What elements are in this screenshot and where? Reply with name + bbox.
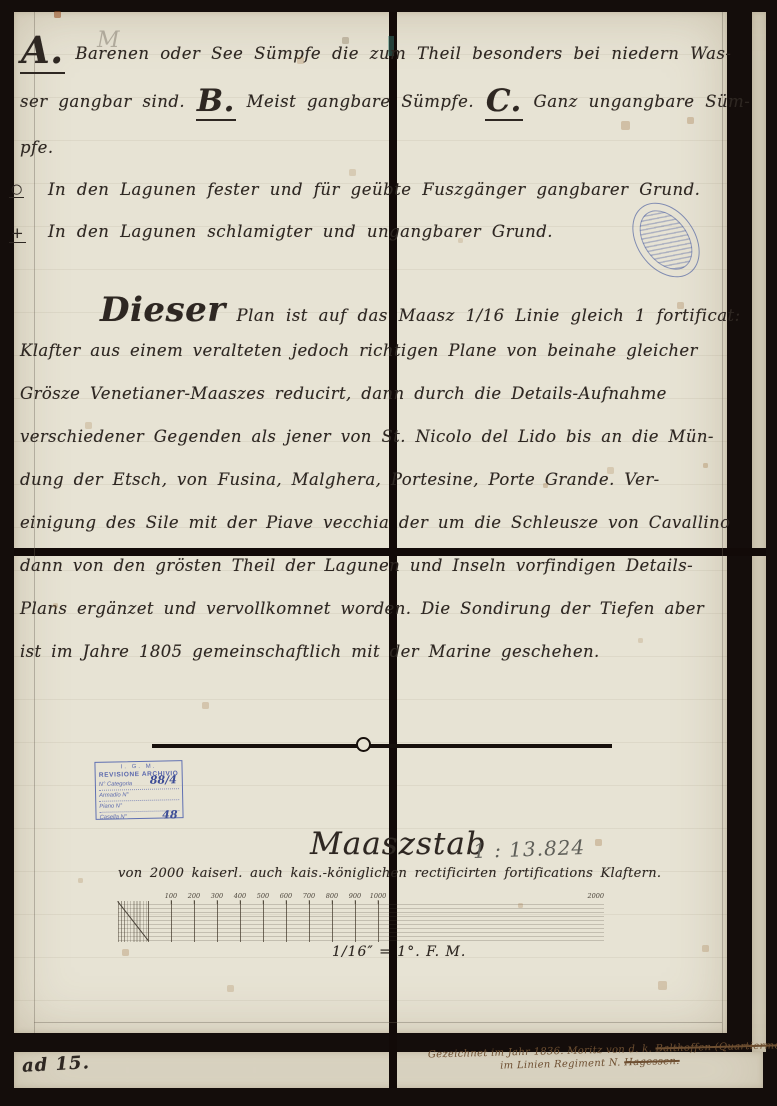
stamp-row-label: Casella N°: [100, 814, 128, 821]
paragraph-text: Klafter aus einem veralteten jedoch rich…: [20, 341, 698, 360]
scale-tick: [355, 901, 356, 942]
scale-tick-label-text: 600: [280, 892, 292, 900]
scale-end-label: 2000: [587, 892, 604, 900]
paragraph-text: verschiedener Gegenden als jener von St.…: [20, 427, 714, 446]
stamp-row-label: N° Categoria: [99, 781, 132, 788]
scale-bar: 1002003004005006007008009001000 2000: [118, 901, 604, 942]
stamp-row-casella: Casella N° 48: [99, 811, 179, 823]
scale-tick: [263, 901, 264, 942]
scale-tick: [332, 901, 333, 942]
scale-tick: [194, 901, 195, 942]
paragraph-text: dann von den grösten Theil der Lagunen u…: [20, 556, 693, 575]
scale-tick-label-text: 1000: [370, 892, 387, 900]
legend-text: Ganz ungangbare Süm-: [523, 92, 751, 111]
margin-rule-bottom: [34, 1022, 722, 1023]
scale-tick-label: 800: [326, 892, 338, 900]
archive-box-stamp: I. G. M. REVISIONE ARCHIVIO N° Categoria…: [94, 760, 183, 820]
legend-initial-b: B.: [196, 83, 236, 121]
scale-ratio: 1 : 13.824: [473, 835, 586, 863]
paragraph-line: verschiedener Gegenden als jener von St.…: [20, 427, 728, 446]
paragraph-text: Plans ergänzet und vervollkomnet worden.…: [20, 599, 704, 618]
bottom-left-note: ad 15.: [21, 1052, 90, 1077]
scale-tick: [286, 901, 287, 942]
scale-tick-label: 600: [280, 892, 292, 900]
scale-tick-label-text: 200: [188, 892, 200, 900]
paragraph-text: Grösze Venetianer-Maaszes reducirt, dann…: [20, 384, 667, 403]
seam-horizontal: [14, 548, 766, 556]
foxing-spots: [0, 0, 1, 1]
legend-text: In den Lagunen schlamigter und ungangbar…: [48, 222, 553, 241]
scale-tick-label: 400: [234, 892, 246, 900]
stamp-row-label: Armadio N°: [99, 792, 129, 799]
paragraph-text: dung der Etsch, von Fusina, Malghera, Po…: [20, 470, 660, 489]
scale-tick-label-text: 300: [211, 892, 223, 900]
scale-tick: [240, 901, 241, 942]
paragraph-text: ist im Jahre 1805 gemeinschaftlich mit d…: [20, 642, 600, 661]
paragraph-line: Plans ergänzet und vervollkomnet worden.…: [20, 599, 728, 618]
ring-mark: [356, 737, 371, 752]
legend-symbol-circle: ○: [9, 182, 39, 197]
paragraph-first-line: Dieser Plan ist auf das Maasz 1/16 Linie…: [100, 290, 777, 330]
legend-text: Meist gangbare Sümpfe.: [236, 92, 485, 111]
paragraph-line: Grösze Venetianer-Maaszes reducirt, dann…: [20, 384, 728, 403]
scale-caption: 1/16″ = 1°. F. M.: [332, 944, 466, 960]
stamp-row-label: Piano N°: [99, 803, 122, 809]
legend-symbol-cross: +: [9, 224, 39, 242]
stamp-row-value: 88/4: [150, 775, 177, 786]
paragraph-line: einigung des Sile mit der Piave vecchia …: [20, 513, 728, 532]
credit-text-struck: Balthoffen (Quartiermeister): [655, 1040, 777, 1055]
legend-line-3: pfe.: [20, 138, 728, 157]
scale-tick-label-text: 400: [234, 892, 246, 900]
legend-text: In den Lagunen fester und für geübte Fus…: [48, 180, 700, 199]
scale-tick-label-text: 900: [349, 892, 361, 900]
scale-tick-label-text: 700: [303, 892, 315, 900]
scale-title: Maaszstab: [310, 826, 487, 862]
paragraph-initial-word: Dieser: [100, 290, 226, 330]
paragraph-text: einigung des Sile mit der Piave vecchia …: [20, 513, 730, 532]
scale-tick: [309, 901, 310, 942]
scale-tick: [148, 901, 149, 942]
stamp-row-value: 48: [162, 810, 178, 820]
scale-tick: [378, 901, 379, 942]
paragraph-line: Klafter aus einem veralteten jedoch rich…: [20, 341, 728, 360]
legend-text: pfe.: [20, 138, 54, 157]
scanned-page: M A. Barenen oder See Sümpfe die zum The…: [0, 0, 777, 1106]
scale-tick-label: 500: [257, 892, 269, 900]
legend-text: Barenen oder See Sümpfe die zum Theil be…: [65, 44, 732, 63]
scale-tick: [217, 901, 218, 942]
legend-line-5: In den Lagunen schlamigter und ungangbar…: [48, 222, 728, 241]
legend-initial-c: C.: [485, 83, 523, 121]
scale-tick-label: 1000: [370, 892, 387, 900]
scale-subtitle: von 2000 kaiserl. auch kais.-königlichen…: [118, 866, 618, 881]
separator-line: [152, 744, 612, 748]
scale-tick-label-text: 100: [165, 892, 177, 900]
cross-symbol: +: [9, 224, 26, 243]
scale-tick-label: 700: [303, 892, 315, 900]
legend-text: ser gangbar sind.: [20, 92, 196, 111]
scale-tick-label-text: 500: [257, 892, 269, 900]
legend-line-4: In den Lagunen fester und für geübte Fus…: [48, 180, 728, 199]
credit-text-struck: Hagessen.: [624, 1056, 680, 1068]
scale-tick-label: 100: [165, 892, 177, 900]
scale-tick-label: 300: [211, 892, 223, 900]
scale-tick: [171, 901, 172, 942]
circle-symbol: ○: [9, 182, 24, 198]
paragraph-line: ist im Jahre 1805 gemeinschaftlich mit d…: [20, 642, 728, 661]
legend-line-2: ser gangbar sind. B. Meist gangbare Sümp…: [20, 92, 728, 111]
scale-tick-label: 900: [349, 892, 361, 900]
paragraph-text: Plan ist auf das Maasz 1/16 Linie gleich…: [226, 306, 741, 325]
scale-tick-label: 200: [188, 892, 200, 900]
legend-initial-a: A.: [20, 28, 65, 74]
paragraph-line: dann von den grösten Theil der Lagunen u…: [20, 556, 728, 575]
scale-tick-label-text: 800: [326, 892, 338, 900]
paragraph-line: dung der Etsch, von Fusina, Malghera, Po…: [20, 470, 728, 489]
legend-line-1: A. Barenen oder See Sümpfe die zum Theil…: [20, 44, 728, 63]
paper-right-strip: [752, 12, 766, 1052]
